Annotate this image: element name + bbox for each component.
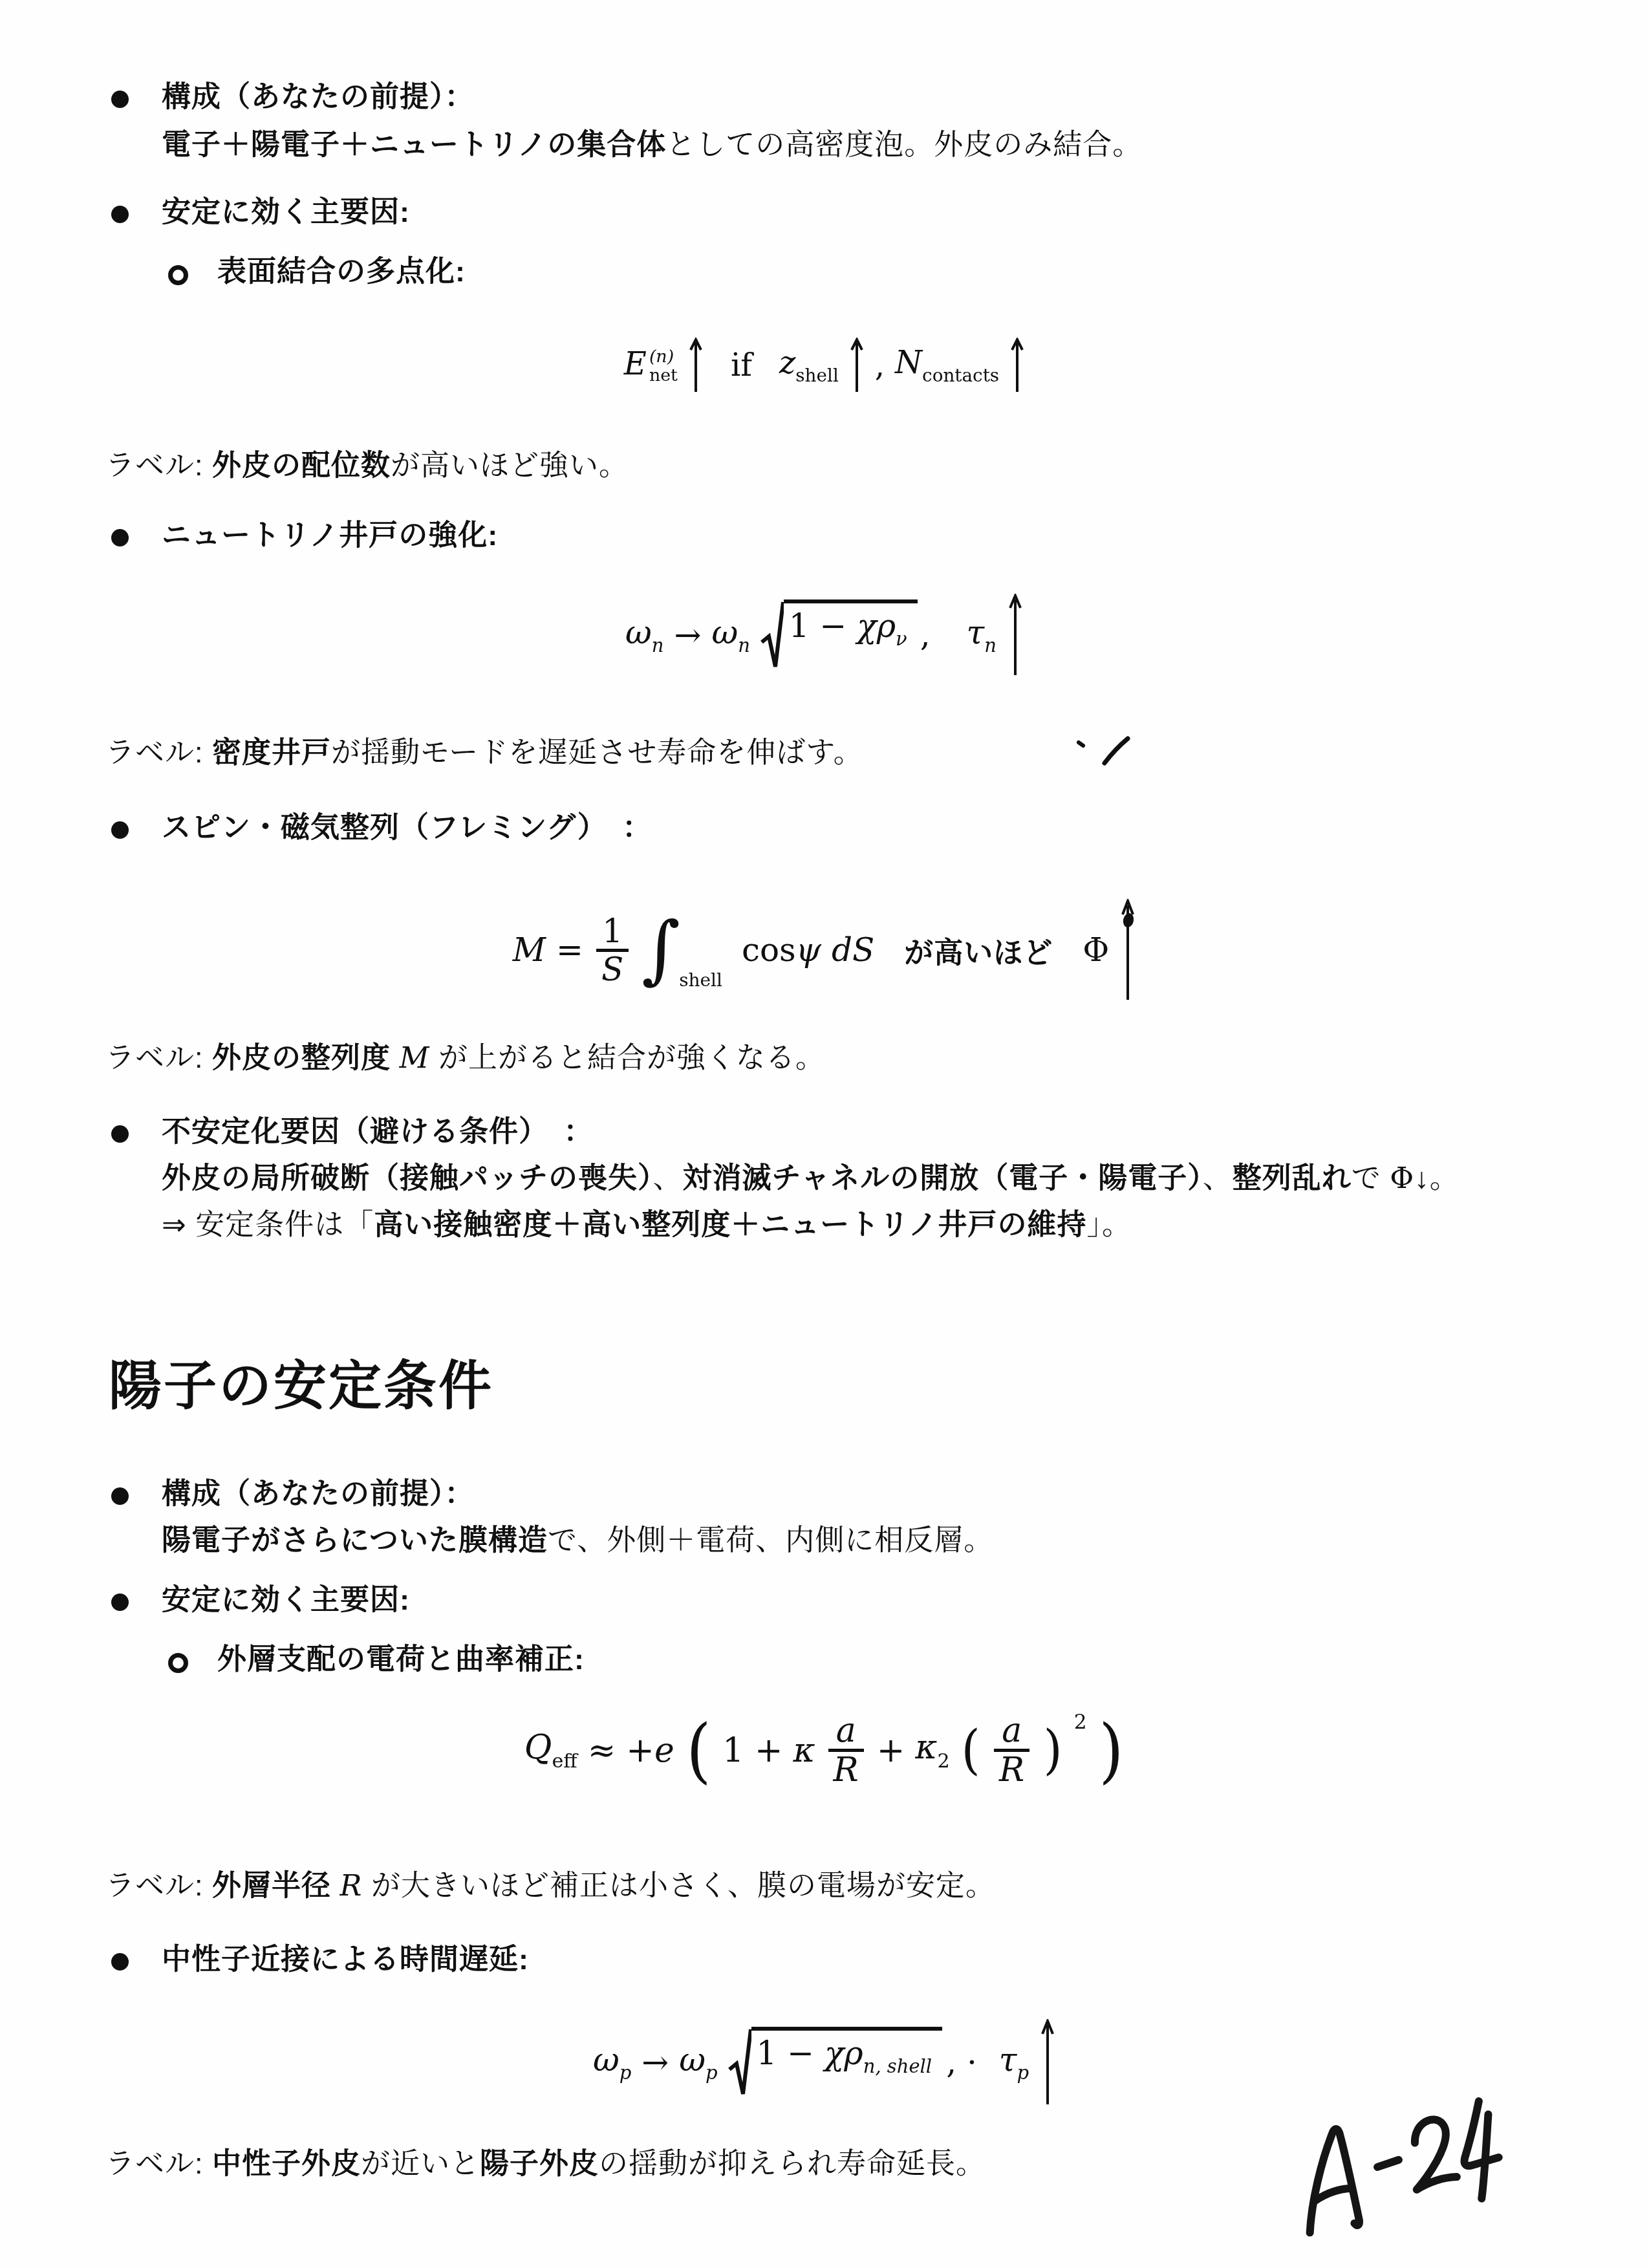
- sub-bullet-text: 外層支配の電荷と曲率補正:: [217, 1643, 585, 1676]
- bullet-icon: [111, 1953, 129, 1971]
- bullet-title-composition-neutron: 構成（あなたの前提）：: [162, 79, 475, 115]
- bullet-title-text: ニュートリノ井戸の強化:: [162, 519, 498, 552]
- formula-token: zshell: [779, 345, 839, 386]
- bullet-title-neutron-proximity: 中性子近接による時間遅延:: [162, 1941, 529, 1978]
- square-root: 1 − χρn, shell: [728, 2027, 943, 2098]
- label-rest: が近いと: [361, 2147, 480, 2180]
- formula-token: κ2: [915, 1728, 949, 1773]
- pen-dot-mark: [1121, 911, 1136, 930]
- bullet-title-text: スピン・磁気整列（フレミング） ：: [162, 811, 652, 844]
- label-bold: 外皮の配位数: [212, 449, 391, 482]
- formula-token: ,: [920, 616, 931, 654]
- up-arrow-icon: [1009, 338, 1025, 393]
- sub-bullet-icon: [168, 1653, 188, 1673]
- formula-token: ,: [875, 347, 885, 383]
- label-alignment-degree: ラベル: 外皮の整列度 M が上がると結合が強くなる。: [105, 1040, 825, 1076]
- body-rest-segment: で: [1352, 1161, 1390, 1194]
- label-prefix: ラベル:: [105, 736, 212, 769]
- destabilizing-factors-body: 外皮の局所破断（接触パッチの喪失）、対消滅チャネルの開放（電子・陽電子）、整列乱…: [162, 1160, 1460, 1196]
- scanned-document-page: 構成（あなたの前提）： 電子＋陽電子＋ニュートリノの集合体としての高密度泡。外皮…: [0, 0, 1649, 2268]
- label-prefix: ラベル:: [105, 1041, 212, 1074]
- stability-condition-line: ⇒ 安定条件は「高い接触密度＋高い整列度＋ニュートリノ井戸の維持」。: [162, 1207, 1132, 1243]
- formula-token: , ·: [946, 2044, 977, 2081]
- formula-token: cosψ dS: [742, 931, 874, 969]
- phi-symbol: Φ: [1390, 1161, 1414, 1195]
- body-bold-segment: 整列乱れ: [1233, 1161, 1352, 1194]
- label-bold: 外皮の整列度: [212, 1041, 400, 1074]
- body-bold-segment: 外皮の局所破断（接触パッチの喪失）: [162, 1161, 653, 1194]
- body-rest-segment: 」。: [1086, 1208, 1132, 1241]
- bullet-icon: [111, 91, 129, 108]
- formula-token: 1 +: [722, 1731, 782, 1770]
- body-separator: 、: [653, 1161, 683, 1194]
- body-bold-segment: 電子＋陽電子＋ニュートリノの集合体: [162, 128, 666, 161]
- formula-effective-charge: Qeff ≈ +e ( 1 + κ aR + κ2 ( aR ) 2 ): [0, 1712, 1649, 1788]
- formula-token: κ: [793, 1731, 815, 1770]
- label-prefix: ラベル:: [105, 2147, 212, 2180]
- label-rest: が上がると結合が強くなる。: [430, 1041, 826, 1074]
- bullet-body-composition-proton: 陽電子がさらについた膜構造で、外側＋電荷、内側に相反層。: [162, 1522, 993, 1559]
- label-rest: が高いほど強い。: [391, 449, 629, 482]
- formula-token: ωn: [625, 614, 663, 656]
- up-arrow-icon: [1007, 594, 1024, 676]
- formula-token: M: [513, 931, 546, 969]
- fraction: aR: [828, 1712, 864, 1788]
- body-separator: 、: [1203, 1161, 1233, 1194]
- label-prefix: ラベル:: [105, 1869, 212, 1902]
- sub-bullet-icon: [168, 265, 188, 285]
- bullet-title-spin-alignment: スピン・磁気整列（フレミング） ：: [162, 810, 652, 846]
- right-arrow-icon: →: [641, 2044, 669, 2081]
- open-paren: (: [961, 1730, 980, 1770]
- bullet-title-destabilizing-factors: 不安定化要因（避ける条件） ：: [162, 1114, 594, 1150]
- formula-token: +: [877, 1731, 905, 1770]
- formula-token: ≈: [588, 1731, 616, 1770]
- handwritten-annotation-a24: [1272, 2073, 1535, 2258]
- integral: ∫shell: [641, 918, 722, 982]
- bullet-icon: [111, 1487, 129, 1505]
- bullet-body-composition-neutron: 電子＋陽電子＋ニュートリノの集合体としての高密度泡。外皮のみ結合。: [162, 127, 1142, 163]
- open-paren: (: [686, 1724, 711, 1777]
- label-density-well: ラベル: 密度井戸が揺動モードを遅延させ寿命を伸ばす。: [105, 735, 863, 771]
- label-bold: 外層半径: [212, 1869, 340, 1902]
- formula-token: Ncontacts: [895, 345, 999, 386]
- formula-neutrino-well: ωn → ωn 1 − χρν , τn: [0, 594, 1649, 676]
- bullet-icon: [111, 529, 129, 546]
- bullet-title-text: 安定に効く主要因:: [162, 1583, 410, 1616]
- formula-token: ωp: [679, 2041, 717, 2084]
- bullet-title-stability-factors-neutron: 安定に効く主要因:: [162, 194, 410, 230]
- bullet-title-stability-factors-proton: 安定に効く主要因:: [162, 1582, 410, 1618]
- formula-coordination-energy: E(n)net if zshell , Ncontacts: [0, 338, 1649, 393]
- up-arrow-icon: [849, 338, 865, 393]
- sub-bullet-text: 表面結合の多点化:: [217, 255, 466, 288]
- body-rest-segment: ⇒ 安定条件は「: [162, 1208, 374, 1241]
- square-root: 1 − χρν: [760, 599, 918, 671]
- body-bold-segment: 陽電子がさらについた膜構造: [162, 1524, 548, 1557]
- down-arrow-text: ↓。: [1414, 1161, 1460, 1194]
- label-rest: が大きいほど補正は小さく、膜の電場が安定。: [362, 1869, 995, 1902]
- formula-token: τn: [967, 614, 997, 656]
- section-heading-proton-stability: 陽子の安定条件: [109, 1344, 493, 1420]
- formula-token: +e: [626, 1731, 674, 1770]
- bullet-title-composition-proton: 構成（あなたの前提）：: [162, 1476, 475, 1512]
- label-bold: 陽子外皮: [480, 2147, 599, 2180]
- bullet-title-text: 中性子近接による時間遅延:: [162, 1943, 529, 1976]
- bullet-icon: [111, 206, 129, 223]
- label-neutron-shell-proximity: ラベル: 中性子外皮が近いと陽子外皮の揺動が抑えられ寿命延長。: [105, 2146, 986, 2182]
- bullet-title-text: 構成（あなたの前提）：: [162, 80, 475, 113]
- formula-token: =: [556, 931, 583, 969]
- exponent: 2: [1074, 1711, 1087, 1734]
- formula-token: Qeff: [524, 1728, 577, 1773]
- bullet-title-text: 構成（あなたの前提）：: [162, 1477, 475, 1510]
- right-arrow-icon: →: [674, 616, 701, 654]
- body-rest-segment: としての高密度泡。外皮のみ結合。: [666, 128, 1142, 161]
- label-prefix: ラベル:: [105, 449, 212, 482]
- handwritten-annotation-text: A-24: [0, 0, 1, 1]
- label-bold: 密度井戸: [212, 736, 331, 769]
- formula-jp-text: が高いほど: [904, 929, 1053, 971]
- formula-token: E(n)net: [624, 346, 678, 385]
- bullet-icon: [111, 1593, 129, 1611]
- fraction: 1S: [596, 914, 629, 987]
- bullet-icon: [111, 821, 129, 839]
- label-coordination: ラベル: 外皮の配位数が高いほど強い。: [105, 448, 629, 484]
- label-outer-radius: ラベル: 外層半径 R が大きいほど補正は小さく、膜の電場が安定。: [105, 1868, 995, 1904]
- label-bold: 中性子外皮: [212, 2147, 361, 2180]
- up-arrow-icon: [688, 338, 704, 393]
- body-bold-segment: 対消滅チャネルの開放（電子・陽電子）: [683, 1161, 1203, 1194]
- body-rest-segment: で、外側＋電荷、内側に相反層。: [548, 1524, 993, 1557]
- close-paren: ): [1099, 1724, 1123, 1777]
- formula-alignment-integral: M = 1S ∫shell cosψ dS が高いほど Φ: [0, 899, 1649, 1001]
- bullet-title-text: 安定に効く主要因:: [162, 195, 410, 228]
- formula-token: if: [731, 347, 752, 383]
- bullet-title-text: 不安定化要因（避ける条件） ：: [162, 1115, 594, 1148]
- formula-token: Φ: [1083, 931, 1109, 969]
- label-math-var: R: [340, 1868, 363, 1903]
- label-rest: の揺動が抑えられ寿命延長。: [599, 2147, 986, 2180]
- sub-bullet-outer-layer-charge: 外層支配の電荷と曲率補正:: [217, 1641, 585, 1678]
- body-bold-segment: 高い接触密度＋高い整列度＋ニュートリノ井戸の維持: [374, 1208, 1086, 1241]
- label-math-var: M: [400, 1041, 430, 1075]
- formula-token: ωp: [593, 2041, 631, 2084]
- label-rest: が揺動モードを遅延させ寿命を伸ばす。: [331, 736, 863, 769]
- formula-token: τp: [999, 2041, 1029, 2084]
- radical-sign-icon: [760, 599, 784, 671]
- radical-sign-icon: [728, 2027, 751, 2098]
- bullet-title-neutrino-well: ニュートリノ井戸の強化:: [162, 517, 498, 554]
- formula-token: ωn: [711, 614, 749, 656]
- close-paren: ): [1044, 1730, 1062, 1770]
- pen-slash-mark: [1067, 729, 1138, 771]
- fraction: aR: [994, 1712, 1029, 1788]
- bullet-icon: [111, 1125, 129, 1143]
- up-arrow-icon: [1039, 2019, 1056, 2106]
- sub-bullet-surface-bonding: 表面結合の多点化:: [217, 254, 466, 290]
